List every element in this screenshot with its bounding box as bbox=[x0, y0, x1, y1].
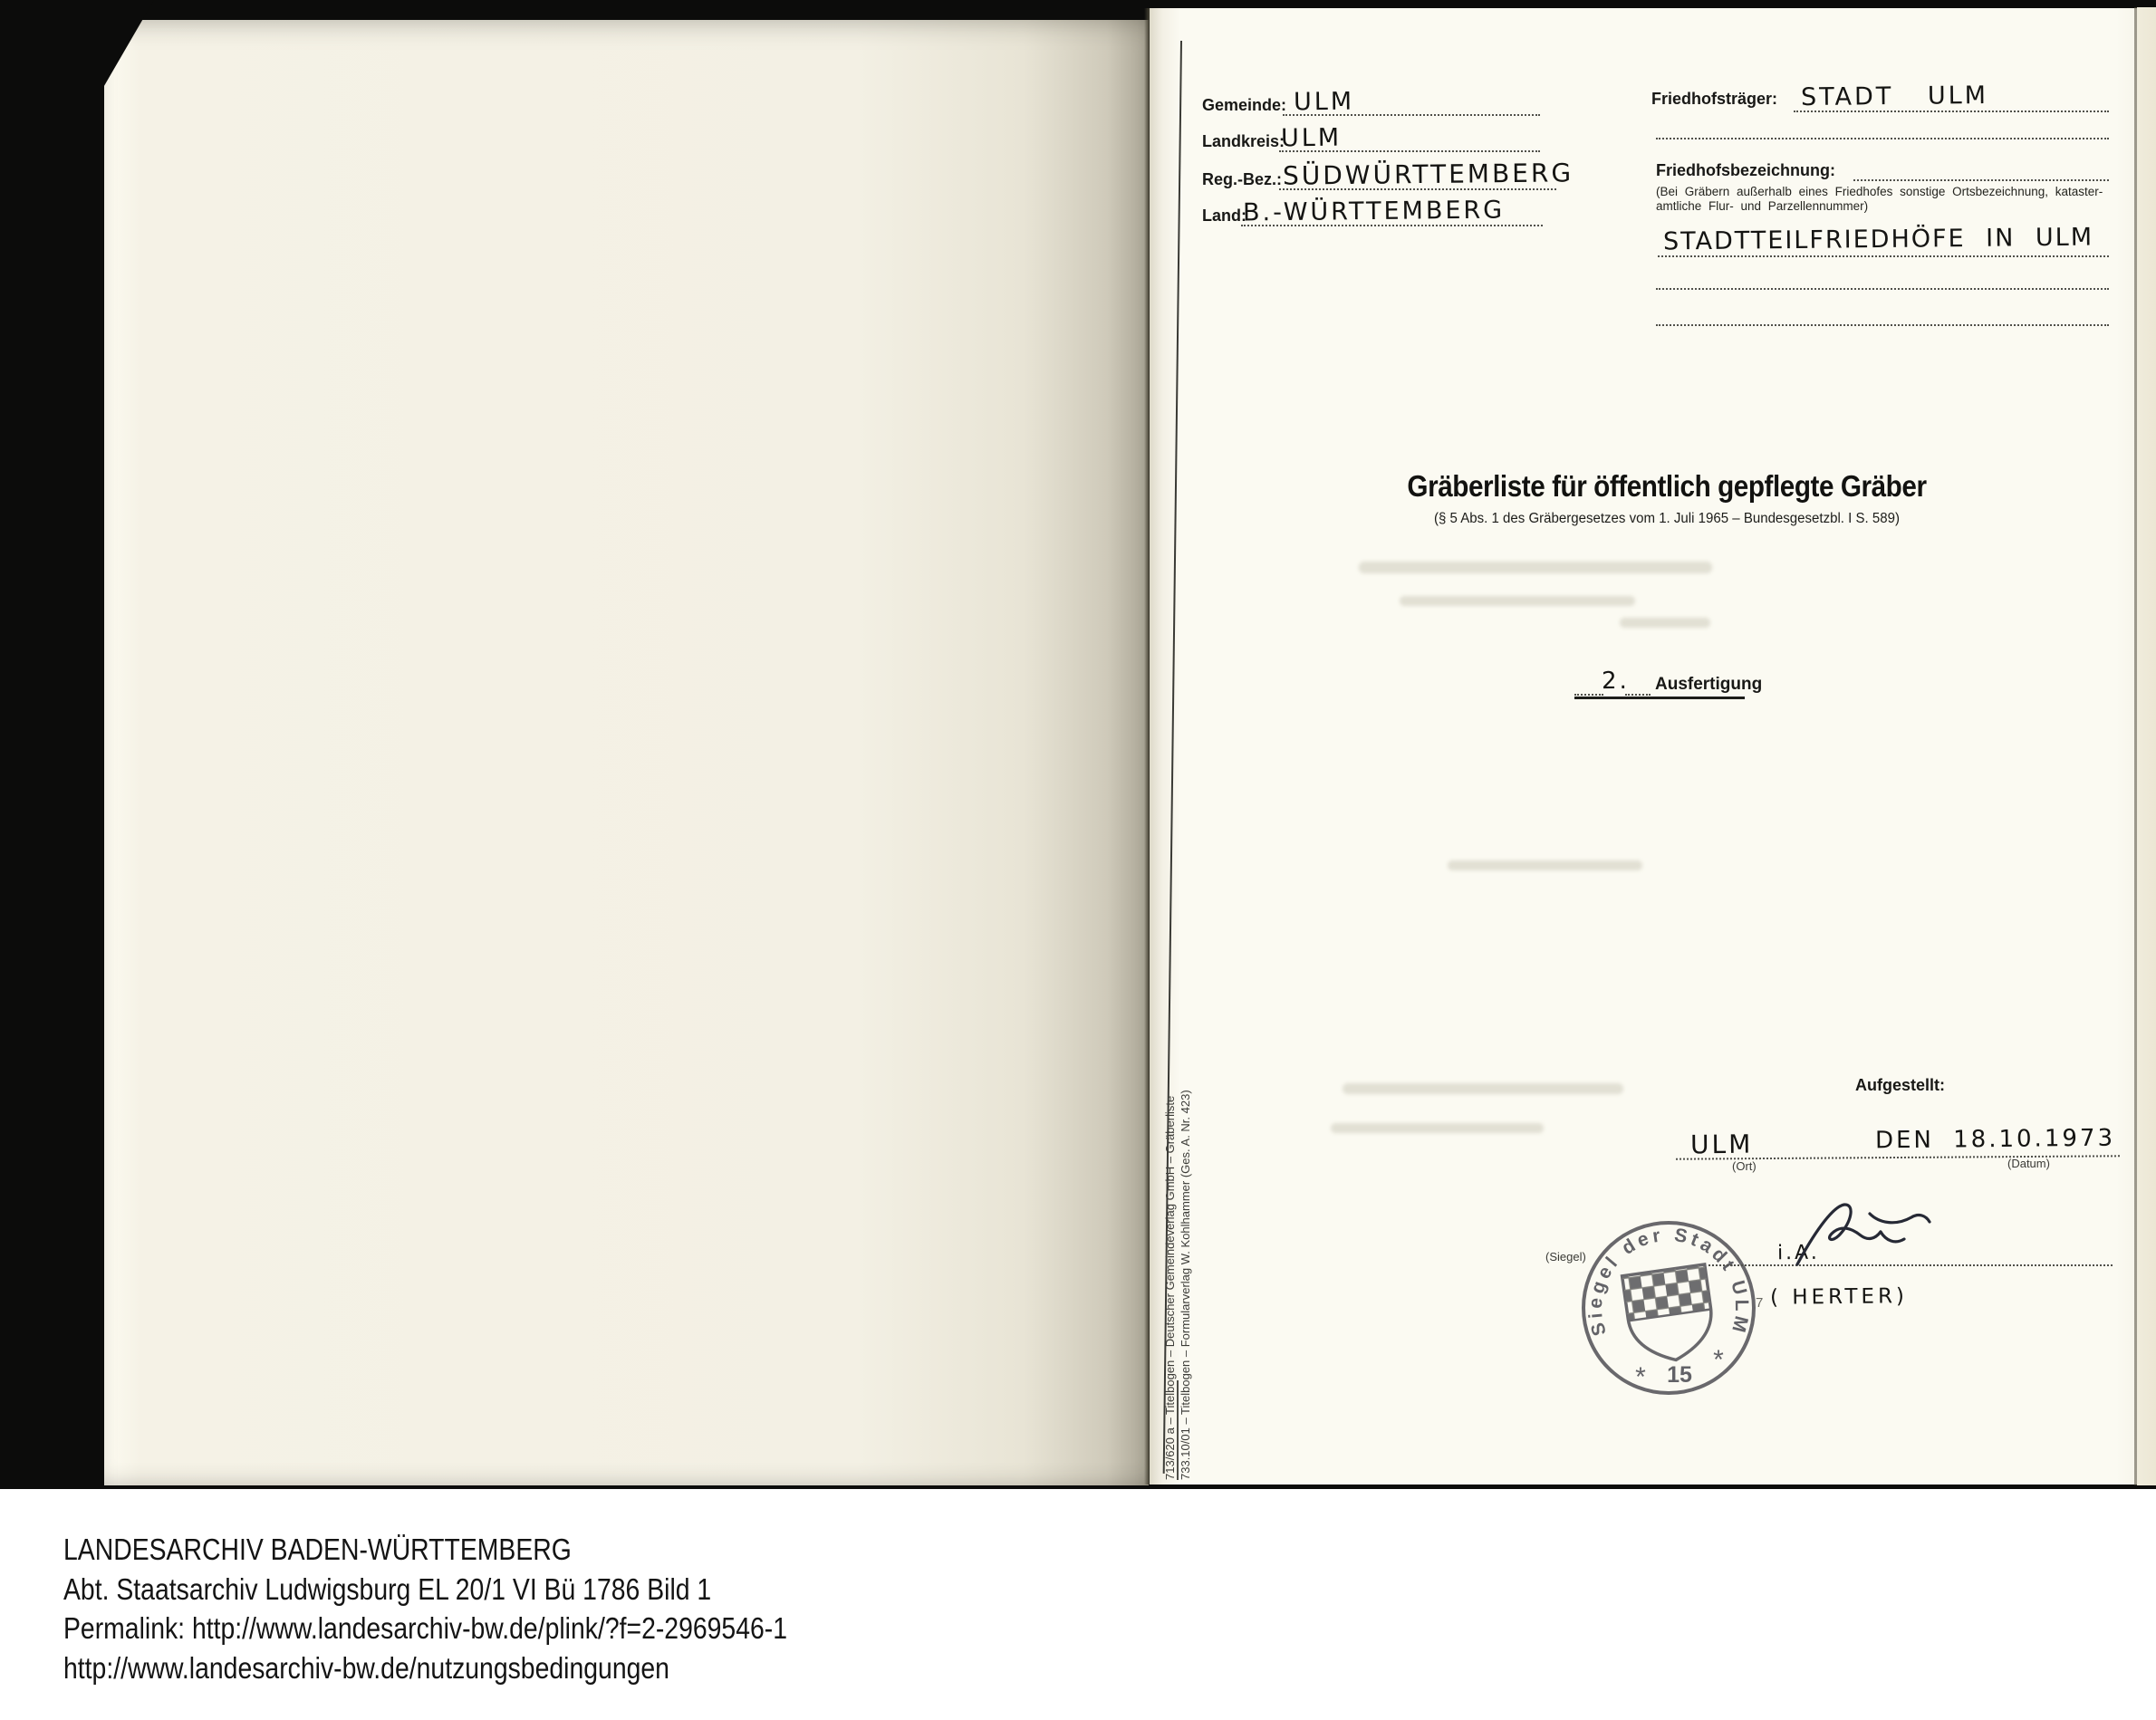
scan-viewport: 713/620 a – Titelbogen – Deutscher Gemei… bbox=[0, 0, 2156, 1720]
dotted-rule bbox=[1656, 288, 2109, 290]
bleedthrough-smudge bbox=[1400, 596, 1635, 606]
archive-caption: LANDESARCHIV BADEN-WÜRTTEMBERG Abt. Staa… bbox=[63, 1530, 905, 1687]
dotted-rule bbox=[1658, 255, 2109, 257]
seal-star-right-icon: * bbox=[1713, 1345, 1724, 1375]
dotted-rule bbox=[1656, 138, 2109, 139]
document-title: Gräberliste für öffentlich gepflegte Grä… bbox=[1341, 469, 1993, 504]
field-label-gemeinde: Gemeinde: bbox=[1202, 96, 1286, 115]
field-value-landkreis: ULM bbox=[1281, 124, 1342, 153]
datum-value: DEN 18.10.1973 bbox=[1875, 1125, 2115, 1155]
book-photo: 713/620 a – Titelbogen – Deutscher Gemei… bbox=[0, 0, 2156, 1489]
field-note-line-2: amtliche Flur- und Parzellennummer) bbox=[1656, 199, 1868, 213]
page-stack-edge bbox=[2134, 7, 2156, 1485]
document-title-block: Gräberliste für öffentlich gepflegte Grä… bbox=[1304, 469, 2029, 527]
imprint-line-1: 713/620 a – Titelbogen – Deutscher Gemei… bbox=[1162, 1056, 1178, 1480]
ulm-shield-icon bbox=[1622, 1264, 1718, 1366]
dotted-rule bbox=[1574, 694, 1603, 696]
ort-caption: (Ort) bbox=[1732, 1159, 1757, 1173]
bleedthrough-smudge bbox=[1331, 1123, 1544, 1133]
field-note-line-1: (Bei Gräbern außerhalb eines Friedhofes … bbox=[1656, 185, 2103, 198]
field-label-friedhofstraeger: Friedhofsträger: bbox=[1651, 90, 1777, 109]
field-label-friedhofsbezeichnung: Friedhofsbezeichnung: bbox=[1656, 161, 1835, 180]
dotted-rule bbox=[1656, 324, 2109, 326]
seal-number: 15 bbox=[1667, 1362, 1692, 1388]
bleedthrough-smudge bbox=[1448, 860, 1642, 870]
field-value-regbez: SÜDWÜRTTEMBERG bbox=[1283, 158, 1574, 190]
field-value-gemeinde: ULM bbox=[1294, 88, 1354, 117]
left-blank-page bbox=[104, 20, 1149, 1485]
bleedthrough-smudge bbox=[1359, 562, 1712, 573]
ausfertigung-label: Ausfertigung bbox=[1655, 675, 1762, 695]
document-subtitle: (§ 5 Abs. 1 des Gräbergesetzes vom 1. Ju… bbox=[1315, 511, 2018, 527]
field-value-friedhofstraeger: STADT ULM bbox=[1801, 82, 1988, 111]
archive-reference: Abt. Staatsarchiv Ludwigsburg EL 20/1 VI… bbox=[63, 1570, 787, 1609]
datum-caption: (Datum) bbox=[2007, 1157, 2050, 1170]
city-seal-stamp: Siegel der Stadt ULM * * 15 bbox=[1571, 1210, 1766, 1406]
ausfertigung-underline bbox=[1574, 697, 1745, 699]
imprint-line-2: 733.10/01 – Titelbogen – Formularverlag … bbox=[1178, 1056, 1193, 1480]
dotted-rule bbox=[1625, 694, 1651, 696]
imprint-divider bbox=[1177, 1380, 1179, 1480]
signer-name: ( HERTER) bbox=[1770, 1284, 1908, 1310]
field-label-landkreis: Landkreis: bbox=[1202, 132, 1285, 151]
field-label-regbez: Reg.-Bez.: bbox=[1202, 170, 1282, 189]
permalink-text: Permalink: http://www.landesarchiv-bw.de… bbox=[63, 1609, 787, 1648]
field-value-friedhofsbezeichnung: STADTTEILFRIEDHÖFE IN ULM bbox=[1663, 224, 2093, 256]
bleedthrough-smudge bbox=[1620, 618, 1710, 628]
ort-value: ULM bbox=[1690, 1129, 1754, 1160]
seal-star-left-icon: * bbox=[1635, 1362, 1646, 1392]
aufgestellt-label: Aufgestellt: bbox=[1855, 1076, 1945, 1095]
ausfertigung-number: 2. bbox=[1602, 668, 1630, 695]
terms-url-text: http://www.landesarchiv-bw.de/nutzungsbe… bbox=[63, 1648, 787, 1688]
archive-name: LANDESARCHIV BADEN-WÜRTTEMBERG bbox=[63, 1530, 787, 1570]
field-value-land: B.-WÜRTTEMBERG bbox=[1243, 196, 1505, 226]
dotted-rule bbox=[1853, 179, 2109, 181]
field-label-land: Land: bbox=[1202, 207, 1246, 226]
bleedthrough-smudge bbox=[1343, 1083, 1623, 1094]
printers-imprint: 713/620 a – Titelbogen – Deutscher Gemei… bbox=[1162, 1056, 1193, 1480]
signature bbox=[1792, 1197, 1937, 1274]
stray-mark: 7 bbox=[1756, 1295, 1763, 1311]
